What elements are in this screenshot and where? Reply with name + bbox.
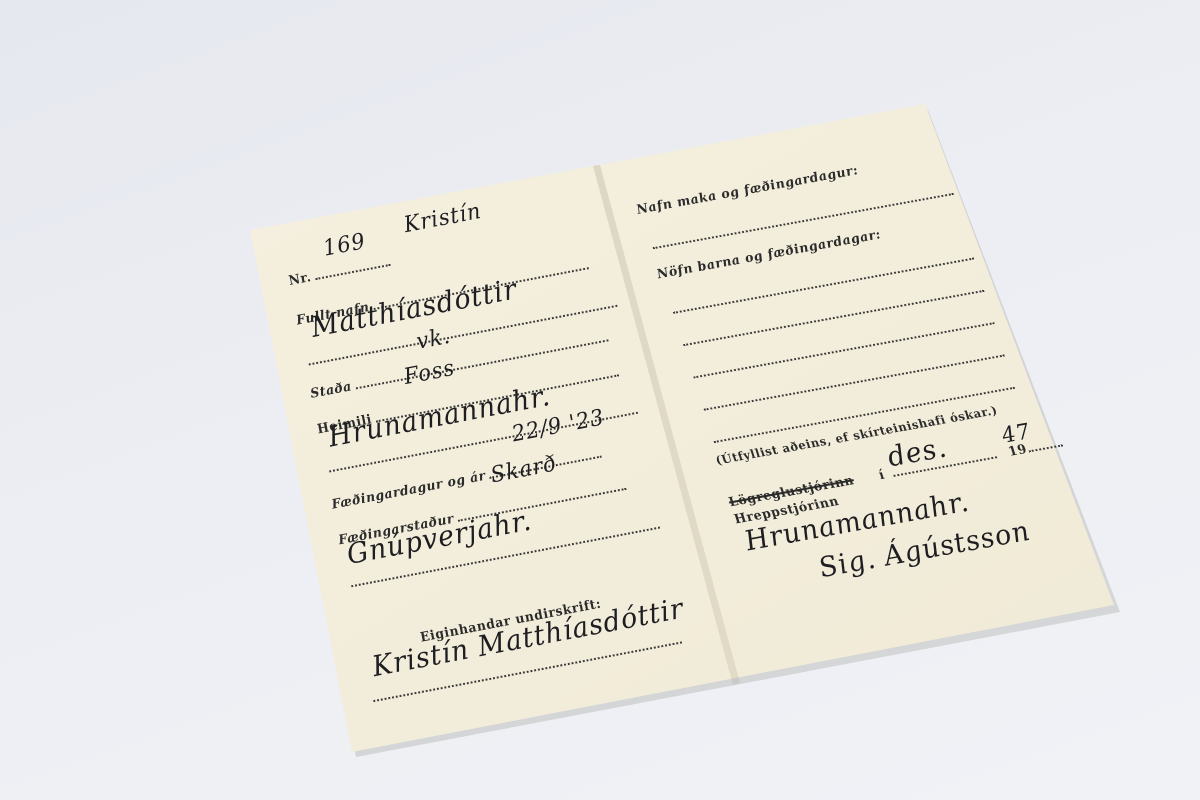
field-label-stada: Staða [309,379,353,402]
dotted-line [315,263,390,280]
dotted-line [1028,443,1063,452]
hand-year: 47 [999,420,1035,449]
in-word: í [877,468,887,483]
hand-name-1: Kristín [402,199,484,238]
id-card-photo: Nr. 169 Kristín Fullt nafn Matthíasdótti… [0,0,1200,800]
field-label-nr: Nr. [288,270,313,289]
hand-stada: vk. [415,324,453,355]
hand-heimili-1: Foss [402,356,457,390]
hand-birthplace-1: Skarð [489,451,559,488]
